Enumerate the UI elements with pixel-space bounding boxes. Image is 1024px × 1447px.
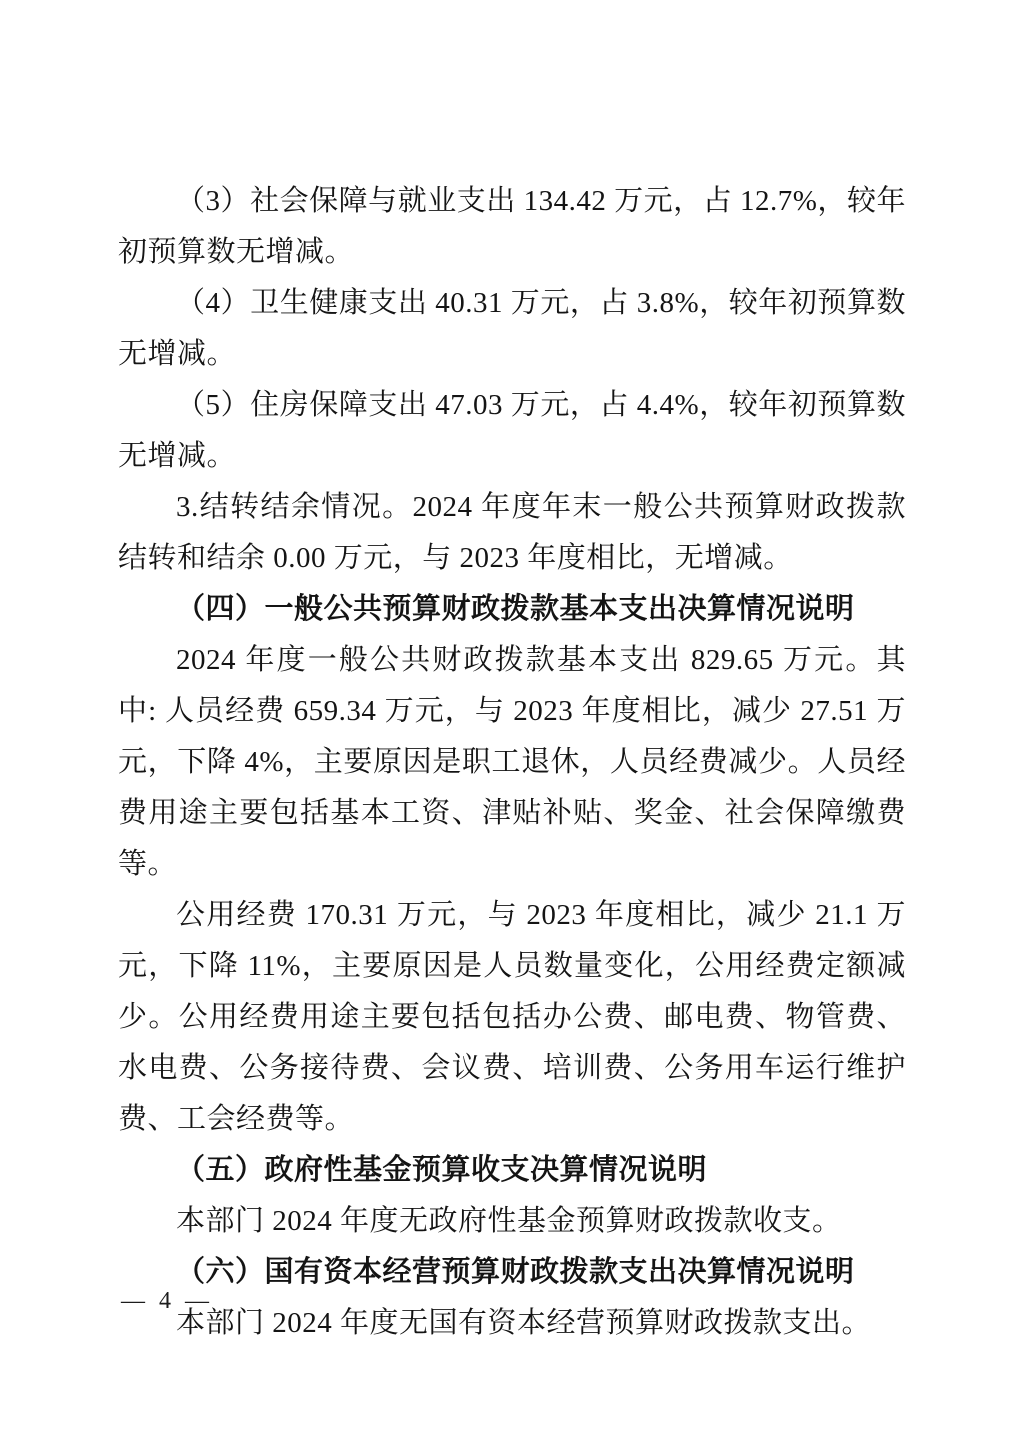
page-number: — 4 — [121, 1288, 213, 1315]
paragraph-personnel-funds: 2024 年度一般公共财政拨款基本支出 829.65 万元。其中: 人员经费 6… [118, 635, 906, 890]
paragraph-no-state-capital: 本部门 2024 年度无国有资本经营预算财政拨款支出。 [118, 1298, 906, 1349]
paragraph-carryover-balance: 3.结转结余情况。2024 年度年末一般公共预算财政拨款结转和结余 0.00 万… [118, 482, 906, 584]
paragraph-public-funds: 公用经费 170.31 万元，与 2023 年度相比，减少 21.1 万元，下降… [118, 890, 906, 1145]
paragraph-housing-expense: （5）住房保障支出 47.03 万元，占 4.4%，较年初预算数无增减。 [118, 380, 906, 482]
document-body: （3）社会保障与就业支出 134.42 万元，占 12.7%，较年初预算数无增减… [118, 176, 906, 1349]
document-page: （3）社会保障与就业支出 134.42 万元，占 12.7%，较年初预算数无增减… [0, 0, 1024, 1447]
paragraph-health-expense: （4）卫生健康支出 40.31 万元，占 3.8%，较年初预算数无增减。 [118, 278, 906, 380]
paragraph-social-security-expense: （3）社会保障与就业支出 134.42 万元，占 12.7%，较年初预算数无增减… [118, 176, 906, 278]
section-heading-state-capital-budget: （六）国有资本经营预算财政拨款支出决算情况说明 [118, 1247, 906, 1298]
section-heading-government-fund-budget: （五）政府性基金预算收支决算情况说明 [118, 1145, 906, 1196]
section-heading-basic-expenditure: （四）一般公共预算财政拨款基本支出决算情况说明 [118, 584, 906, 635]
paragraph-no-government-fund: 本部门 2024 年度无政府性基金预算财政拨款收支。 [118, 1196, 906, 1247]
